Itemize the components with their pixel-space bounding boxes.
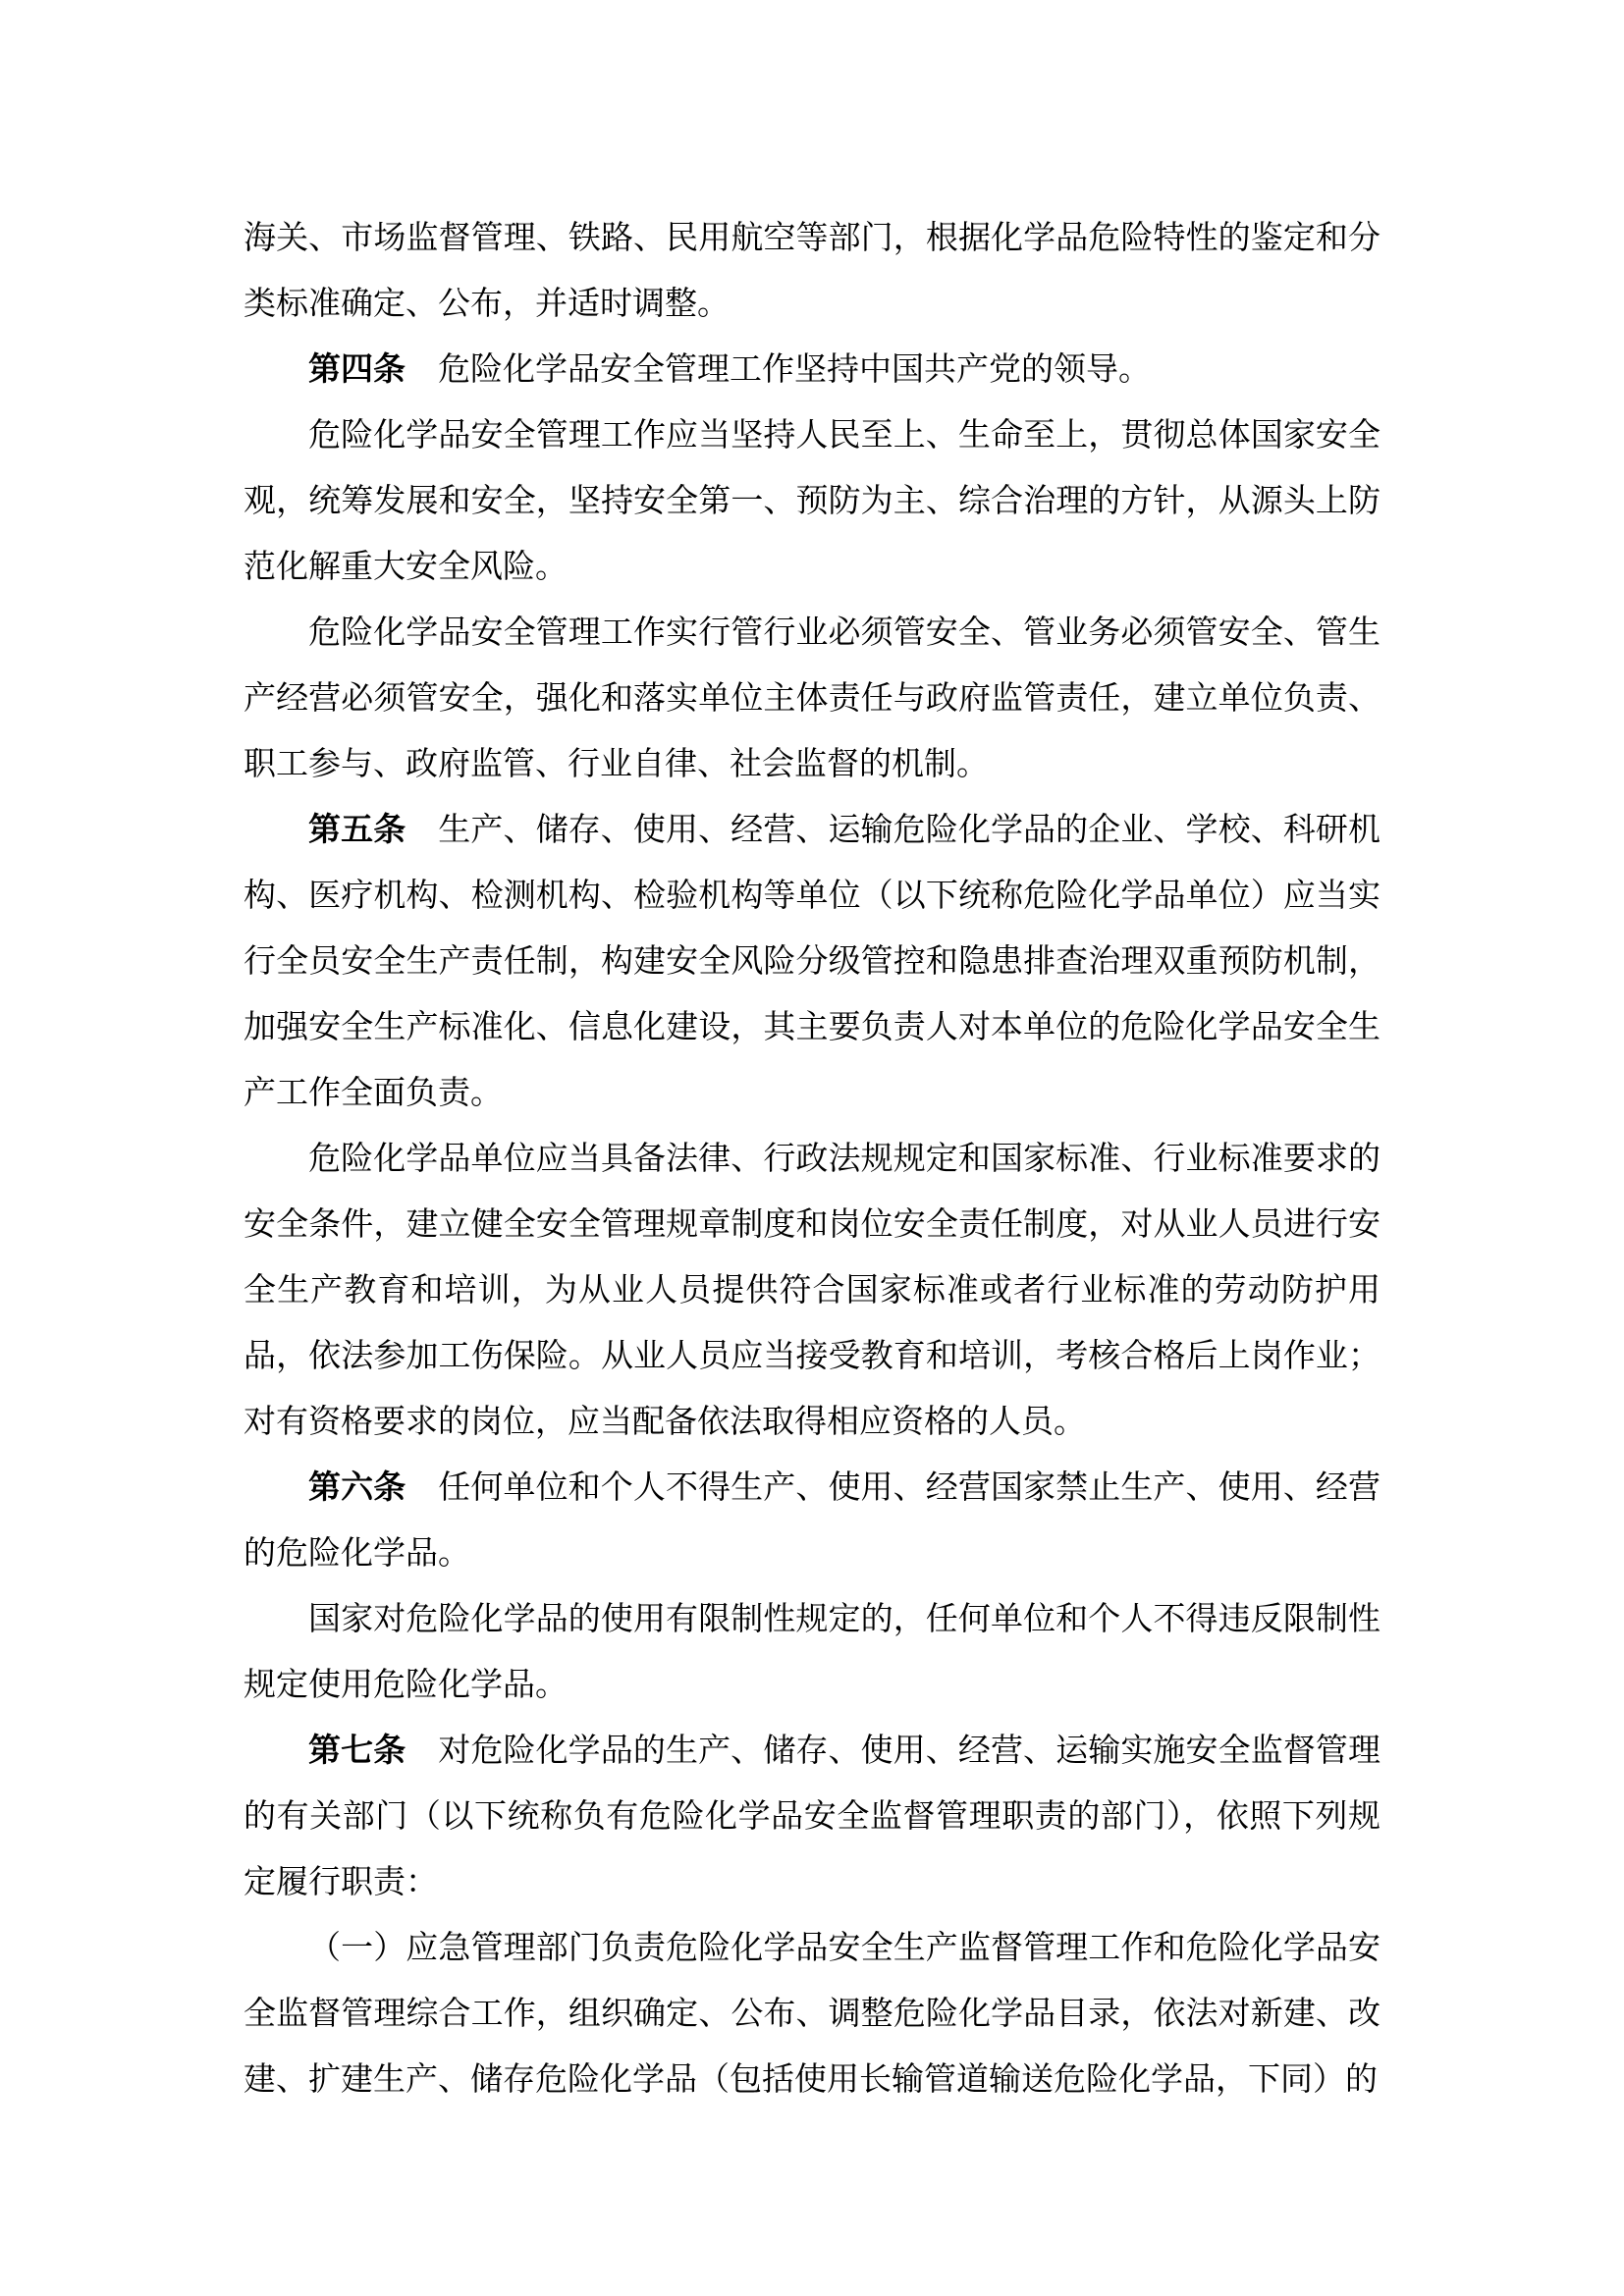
article-number-label: 第五条 — [308, 813, 438, 848]
paragraph: （一）应急管理部门负责危险化学品安全生产监督管理工作和危险化学品安全监督管理综合… — [244, 1916, 1380, 2113]
paragraph: 国家对危险化学品的使用有限制性规定的，任何单位和个人不得违反限制性规定使用危险化… — [244, 1587, 1380, 1719]
paragraph: 海关、市场监督管理、铁路、民用航空等部门，根据化学品危险特性的鉴定和分类标准确定… — [244, 206, 1380, 338]
document-page: 海关、市场监督管理、铁路、民用航空等部门，根据化学品危险特性的鉴定和分类标准确定… — [0, 0, 1624, 2296]
paragraph: 危险化学品安全管理工作应当坚持人民至上、生命至上，贯彻总体国家安全观，统筹发展和… — [244, 403, 1380, 601]
paragraph: 第五条生产、储存、使用、经营、运输危险化学品的企业、学校、科研机构、医疗机构、检… — [244, 798, 1380, 1127]
paragraph-text: 危险化学品安全管理工作应当坚持人民至上、生命至上，贯彻总体国家安全观，统筹发展和… — [244, 418, 1380, 585]
paragraph-text: （一）应急管理部门负责危险化学品安全生产监督管理工作和危险化学品安全监督管理综合… — [244, 1931, 1380, 2098]
paragraph: 第七条对危险化学品的生产、储存、使用、经营、运输实施安全监督管理的有关部门（以下… — [244, 1719, 1380, 1916]
paragraph-text: 危险化学品安全管理工作实行管行业必须管安全、管业务必须管安全、管生产经营必须管安… — [244, 615, 1380, 782]
article-number-label: 第四条 — [308, 352, 438, 388]
paragraph-text: 危险化学品单位应当具备法律、行政法规规定和国家标准、行业标准要求的安全条件，建立… — [244, 1142, 1380, 1440]
article-number-label: 第七条 — [308, 1734, 438, 1769]
paragraph-text: 海关、市场监督管理、铁路、民用航空等部门，根据化学品危险特性的鉴定和分类标准确定… — [244, 221, 1380, 322]
paragraph-text: 生产、储存、使用、经营、运输危险化学品的企业、学校、科研机构、医疗机构、检测机构… — [244, 813, 1380, 1111]
paragraph: 危险化学品单位应当具备法律、行政法规规定和国家标准、行业标准要求的安全条件，建立… — [244, 1127, 1380, 1456]
document-body: 海关、市场监督管理、铁路、民用航空等部门，根据化学品危险特性的鉴定和分类标准确定… — [244, 206, 1380, 2113]
article-number-label: 第六条 — [308, 1470, 438, 1506]
paragraph-text: 国家对危险化学品的使用有限制性规定的，任何单位和个人不得违反限制性规定使用危险化… — [244, 1602, 1380, 1703]
paragraph: 第四条危险化学品安全管理工作坚持中国共产党的领导。 — [244, 338, 1380, 403]
paragraph-text: 危险化学品安全管理工作坚持中国共产党的领导。 — [438, 352, 1151, 388]
paragraph: 危险化学品安全管理工作实行管行业必须管安全、管业务必须管安全、管生产经营必须管安… — [244, 601, 1380, 798]
paragraph: 第六条任何单位和个人不得生产、使用、经营国家禁止生产、使用、经营的危险化学品。 — [244, 1456, 1380, 1587]
